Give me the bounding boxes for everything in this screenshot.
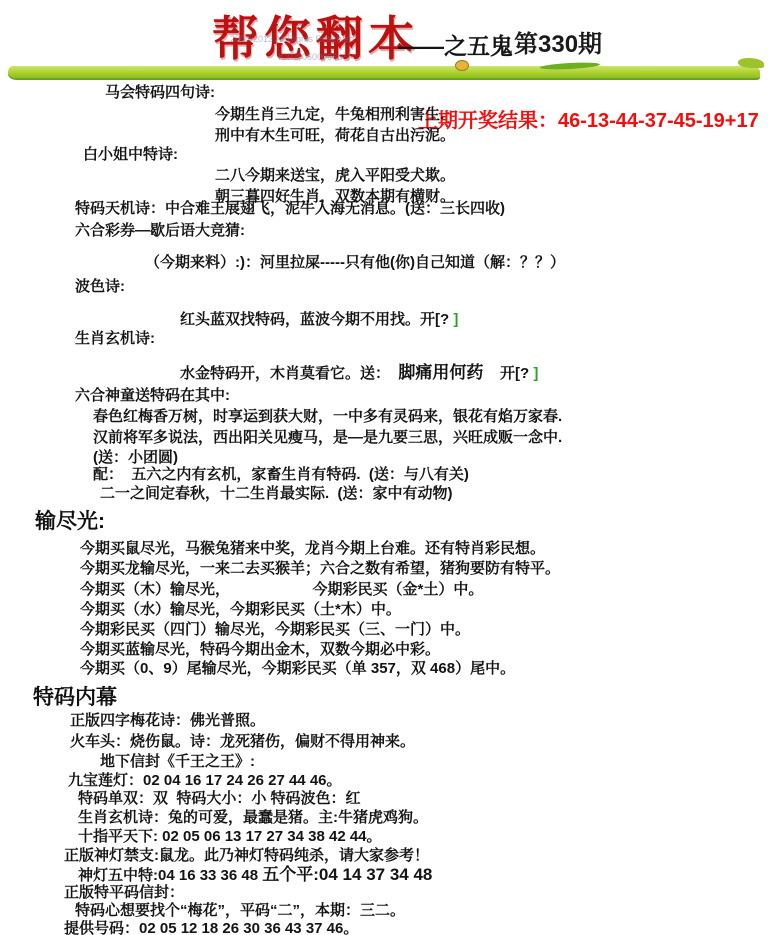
neimu-line: 正版神灯禁支:鼠龙。此乃神灯特码纯杀，请大家参考！	[64, 847, 429, 865]
chunqiu-line: 二一之间定春秋，十二生肖最实际. (送：家中有动物)	[100, 485, 453, 503]
poem-line: 今期生肖三九定，牛兔相刑利害生.	[215, 106, 444, 124]
shujinguang-line: 今期买鼠尽光，马猴兔猪来中奖，龙肖今期上台难。还有特肖彩民想。	[80, 540, 545, 558]
shujinguang-line: 今期买（0、9）尾输尽光，今期彩民买（单 357，双 468）尾中。	[80, 660, 515, 678]
section-label-bose: 波色诗:	[75, 278, 125, 296]
lottery-tip-sheet: 帮您翻本 ——之五鬼 第330期 2000-2013 All Rights Re…	[0, 0, 775, 935]
page-subtitle: ——之五鬼	[398, 28, 513, 61]
leaf-decoration	[738, 58, 764, 68]
icp-watermark: ICP备05000666号	[278, 50, 351, 63]
poem-line: 刑中有木生可旺，荷花自古出污泥。	[215, 127, 455, 145]
shentong-poem-line: 汉前将军多说法，西出阳关见瘦马，是—是九要三思，兴旺成贩一念中.	[93, 429, 562, 447]
neimu-line: 特码单双：双 特码大小：小 特码波色：红	[78, 790, 361, 808]
bose-poem-line: 红头蓝双找特码，蓝波今期不用找。开[? ]	[180, 311, 458, 329]
section-title-shujinguang: 输尽光:	[35, 505, 105, 535]
section-label-mahui: 马会特码四句诗:	[105, 84, 215, 102]
section-label-xiehouyu: 六合彩券—歇后语大竞猜:	[75, 222, 245, 240]
shujinguang-line: 今期买（木）输尽光， 今期彩民买（金*土）中。	[80, 581, 483, 599]
shujinguang-line: 今期买龙输尽光，一来二去买猴羊；六合之数有希望，猪狗要防有特平。	[80, 560, 560, 578]
neimu-line: 正版四字梅花诗：佛光普照。	[70, 712, 265, 730]
green-banner-decoration	[8, 66, 760, 78]
section-label-xuanji: 生肖玄机诗:	[75, 330, 155, 348]
xuanji-mid-text: 开[?	[483, 365, 533, 382]
shujinguang-line: 今期买（水）输尽光，今期彩民买（土*木）中。	[80, 601, 401, 619]
open-bracket-green: ]	[453, 311, 458, 328]
ladybug-icon	[455, 60, 469, 71]
neimu-line: 九宝莲灯：02 04 16 17 24 26 27 44 46。	[68, 772, 342, 790]
bose-poem-text: 红头蓝双找特码，蓝波今期不用找。开[?	[180, 311, 453, 328]
neimu-line: 特码心想要找个“梅花”，平码“二”，本期：三二。	[75, 902, 405, 920]
shendeng-line: 神灯五中特:04 16 33 36 48 五个平:04 14 37 34 48	[78, 865, 432, 885]
neimu-line: 地下信封《千王之王》:	[100, 753, 255, 771]
xuanji-poem-line: 水金特码开，木肖莫看它。送： 脚痛用何药 开[? ]	[180, 363, 538, 383]
xuanji-bold-text: 脚痛用何药	[398, 363, 483, 382]
neimu-line: 生肖玄机诗：兔的可爱，最蠢是猪。主:牛猪虎鸡狗。	[78, 809, 428, 827]
neimu-line: 正版特平码信封：	[64, 884, 184, 902]
section-title-neimu: 特码内幕	[33, 681, 117, 711]
shentong-poem-line: 春色红梅香万树，时享运到获大财，一中多有灵码来，银花有焰万家春.	[93, 408, 562, 426]
section-label-baixiaojie: 白小姐中特诗:	[83, 146, 178, 164]
neimu-line: 十指平天下: 02 05 06 13 17 27 34 38 42 44。	[78, 828, 382, 846]
open-bracket-green: ]	[533, 365, 538, 382]
neimu-line: 提供号码：02 05 12 18 26 30 36 43 37 46。	[64, 920, 358, 935]
shujinguang-line: 今期彩民买（四门）输尽光，今期彩民买（三、一门）中。	[80, 621, 470, 639]
section-label-shentong: 六合神童送特码在其中:	[75, 387, 230, 405]
last-draw-result: 上期开奖结果：46-13-44-37-45-19+17	[418, 104, 759, 133]
poem-line: 二八今期来送宝，虎入平阳受犬欺。	[215, 167, 455, 185]
tianji-poem-line: 特码天机诗：中合难王展翅飞，泥牛入海无消息。(送：三长四收)	[75, 200, 505, 218]
issue-number: 第330期	[514, 24, 602, 59]
xuanji-pre-text: 水金特码开，木肖莫看它。送：	[180, 365, 398, 382]
shendeng-bold-text: 五个平:04 14 37 34 48	[262, 865, 432, 884]
shujinguang-line: 今期买蓝输尽光，特码今期出金木，双数今期必中彩。	[80, 641, 440, 659]
xiehouyu-line: （今期来料）:)：河里拉屎-----只有他(你)自己知道（解：？？）	[145, 254, 565, 272]
watermark-text: 2000-2013 All Rights Reserved	[230, 34, 354, 44]
shentong-gift-line: (送：小团圆)	[93, 449, 178, 467]
pei-line: 配： 五六之内有玄机，家畜生肖有特码. (送：与八有关)	[93, 466, 469, 484]
shendeng-pre-text: 神灯五中特:04 16 33 36 48	[78, 867, 262, 884]
neimu-line: 火车头：烧伤鼠。诗：龙死猪伤，偏财不得用神来。	[70, 733, 415, 751]
